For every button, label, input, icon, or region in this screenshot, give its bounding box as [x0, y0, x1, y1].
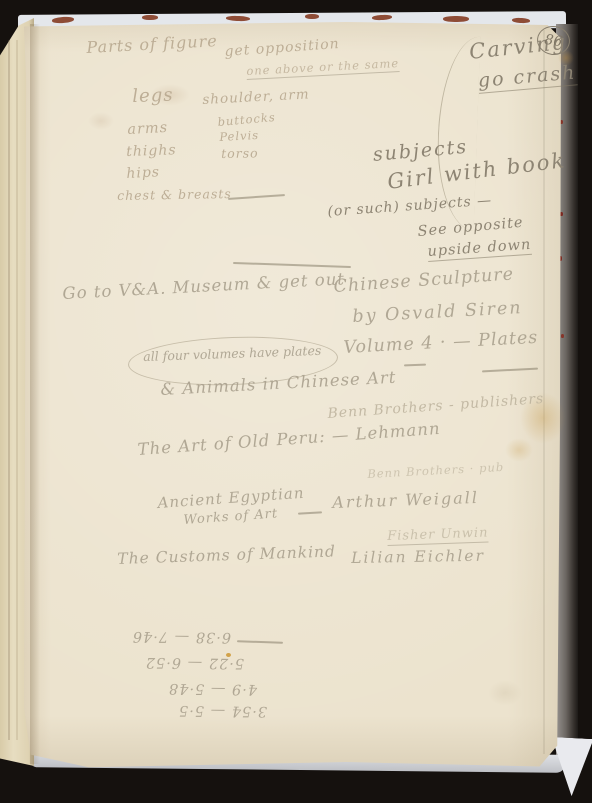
glue-speck	[142, 15, 158, 20]
note-lilian-eichler: Lilian Eichler	[351, 547, 485, 567]
time-note-2: 4·9 — 5·48	[168, 680, 257, 697]
body-part-thighs: thighs	[126, 142, 177, 160]
body-part-legs: legs	[132, 85, 174, 107]
body-part-hips: hips	[126, 164, 160, 182]
glue-speck	[443, 16, 469, 22]
time-note-3: 5·22 — 6·52	[145, 654, 244, 671]
time-note-1: 3·54 — 5·5	[178, 702, 267, 719]
marbled-edge-speck	[561, 334, 564, 338]
body-part-torso: torso	[221, 145, 259, 161]
spine-crease	[8, 40, 10, 740]
spine-crease	[16, 40, 18, 740]
gutter-crease-shadow	[30, 24, 40, 764]
glue-speck	[305, 14, 319, 19]
body-part-arms: arms	[127, 120, 169, 138]
body-part-chest-breasts: chest & breasts	[117, 186, 232, 203]
page-number: 86	[544, 31, 564, 49]
notebook-photo: Parts of figure get opposition one above…	[0, 0, 592, 803]
time-note-4: 6·38 — 7·46	[132, 628, 231, 645]
body-part-pelvis: Pelvis	[219, 128, 259, 144]
note-fisher-unwin: Fisher Unwin	[387, 525, 489, 546]
